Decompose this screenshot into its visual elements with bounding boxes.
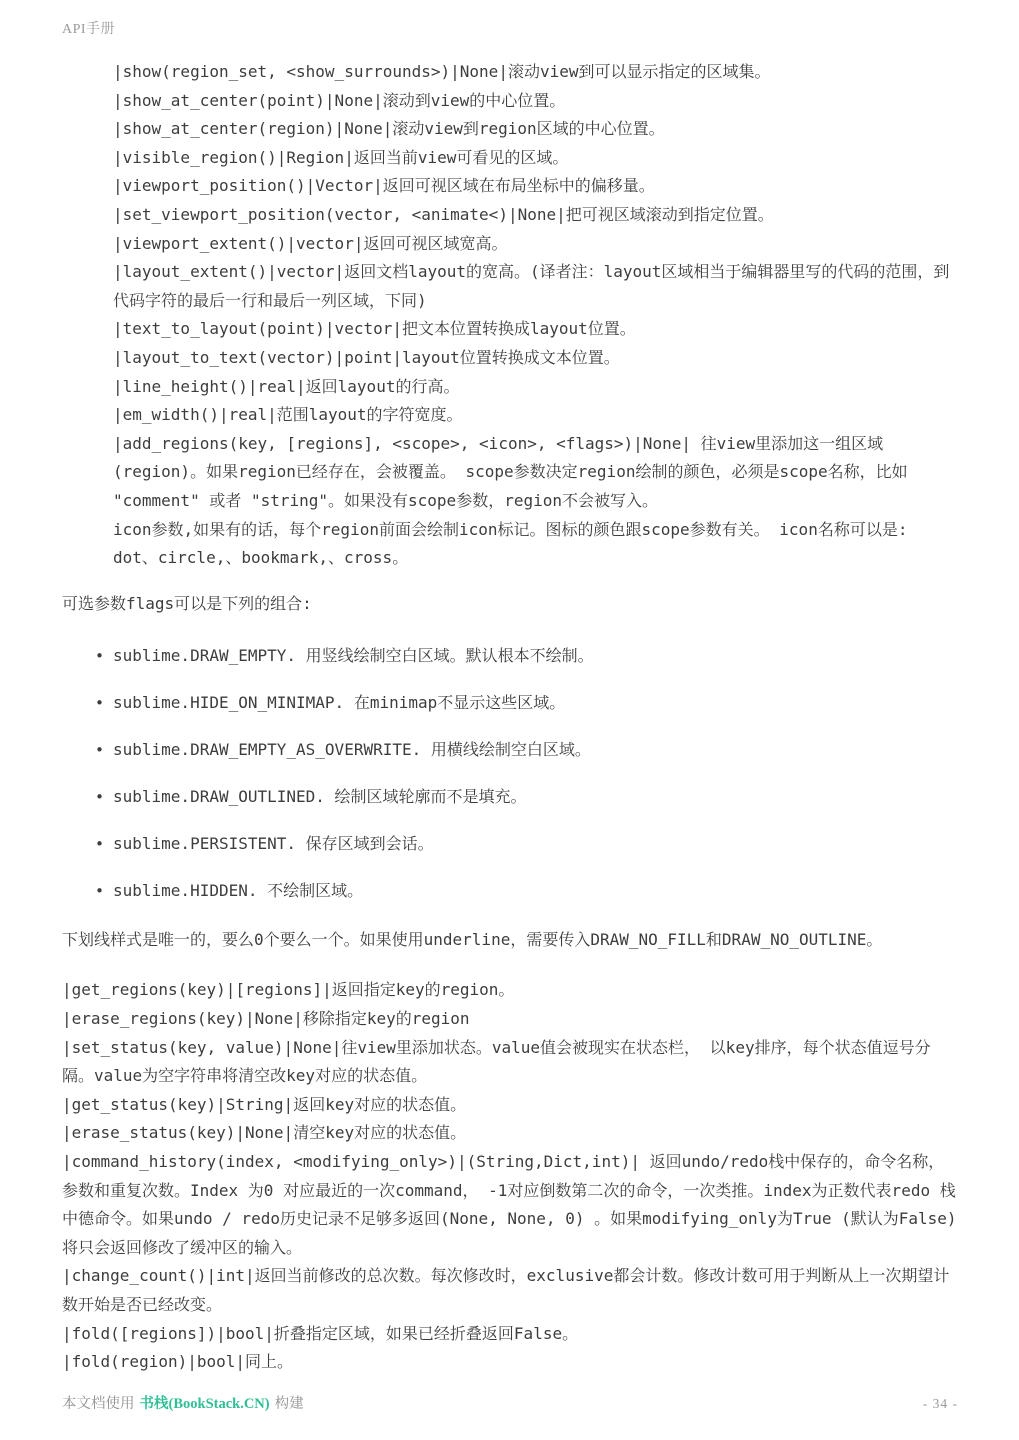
list-item: • sublime.DRAW_EMPTY. 用竖线绘制空白区域。默认根本不绘制。	[62, 642, 958, 671]
footer-suffix-text: 构建	[275, 1396, 304, 1412]
flag-item-text: sublime.DRAW_OUTLINED. 绘制区域轮廓而不是填充。	[113, 787, 527, 806]
method-table-line: |show_at_center(region)|None|滚动view到regi…	[113, 115, 958, 144]
list-item: • sublime.HIDE_ON_MINIMAP. 在minimap不显示这些…	[62, 689, 958, 718]
method-table-line: |visible_region()|Region|返回当前view可看见的区域。	[113, 144, 958, 173]
footer-attribution: 本文档使用书栈(BookStack.CN)构建	[62, 1392, 304, 1413]
method-table-line: |viewport_extent()|vector|返回可视区域宽高。	[113, 230, 958, 259]
method-table-line: |layout_to_text(vector)|point|layout位置转换…	[113, 344, 958, 373]
bullet-icon: •	[95, 783, 104, 812]
method-table-line: |show_at_center(point)|None|滚动到view的中心位置…	[113, 87, 958, 116]
bullet-icon: •	[95, 736, 104, 765]
method-table-line: |change_count()|int|返回当前修改的总次数。每次修改时，exc…	[62, 1262, 958, 1319]
method-table-line: |line_height()|real|返回layout的行高。	[113, 373, 958, 402]
flag-item-text: sublime.DRAW_EMPTY_AS_OVERWRITE. 用横线绘制空白…	[113, 740, 591, 759]
page-content: |show(region_set, <show_surrounds>)|None…	[62, 58, 958, 1377]
footer-prefix-text: 本文档使用	[62, 1396, 135, 1412]
method-table-line: |set_status(key, value)|None|往view里添加状态。…	[62, 1034, 958, 1091]
flag-item-text: sublime.HIDDEN. 不绘制区域。	[113, 881, 363, 900]
bullet-icon: •	[95, 877, 104, 906]
document-page: API手册 |show(region_set, <show_surrounds>…	[0, 0, 1019, 1440]
method-table-line: |add_regions(key, [regions], <scope>, <i…	[113, 430, 958, 516]
page-header-title: API手册	[62, 18, 115, 38]
method-table-line: |fold(region)|bool|同上。	[62, 1348, 958, 1377]
method-table-line: |text_to_layout(point)|vector|把文本位置转换成la…	[113, 315, 958, 344]
method-table-line: |show(region_set, <show_surrounds>)|None…	[113, 58, 958, 87]
list-item: • sublime.HIDDEN. 不绘制区域。	[62, 877, 958, 906]
bullet-icon: •	[95, 830, 104, 859]
flag-item-text: sublime.PERSISTENT. 保存区域到会话。	[113, 834, 434, 853]
list-item: • sublime.DRAW_EMPTY_AS_OVERWRITE. 用横线绘制…	[62, 736, 958, 765]
view-methods-table-1: |show(region_set, <show_surrounds>)|None…	[113, 58, 958, 573]
page-footer: 本文档使用书栈(BookStack.CN)构建 - 34 -	[62, 1392, 958, 1413]
method-table-line: icon参数,如果有的话，每个region前面会绘制icon标记。图标的颜色跟s…	[113, 516, 958, 573]
bookstack-link[interactable]: 书栈(BookStack.CN)	[140, 1396, 270, 1412]
view-methods-table-2: |get_regions(key)|[regions]|返回指定key的regi…	[62, 976, 958, 1376]
method-table-line: |em_width()|real|范围layout的字符宽度。	[113, 401, 958, 430]
method-table-line: |fold([regions])|bool|折叠指定区域，如果已经折叠返回Fal…	[62, 1320, 958, 1349]
flags-list: • sublime.DRAW_EMPTY. 用竖线绘制空白区域。默认根本不绘制。…	[62, 642, 958, 906]
method-table-line: |erase_regions(key)|None|移除指定key的region	[62, 1005, 958, 1034]
page-number: - 34 -	[923, 1396, 958, 1412]
bullet-icon: •	[95, 689, 104, 718]
flag-item-text: sublime.HIDE_ON_MINIMAP. 在minimap不显示这些区域…	[113, 693, 565, 712]
underline-note-paragraph: 下划线样式是唯一的，要么0个要么一个。如果使用underline，需要传入DRA…	[62, 926, 958, 955]
method-table-line: |erase_status(key)|None|清空key对应的状态值。	[62, 1119, 958, 1148]
method-table-line: |get_status(key)|String|返回key对应的状态值。	[62, 1091, 958, 1120]
bullet-icon: •	[95, 642, 104, 671]
list-item: • sublime.PERSISTENT. 保存区域到会话。	[62, 830, 958, 859]
method-table-line: |viewport_position()|Vector|返回可视区域在布局坐标中…	[113, 172, 958, 201]
method-table-line: |layout_extent()|vector|返回文档layout的宽高。(译…	[113, 258, 958, 315]
list-item: • sublime.DRAW_OUTLINED. 绘制区域轮廓而不是填充。	[62, 783, 958, 812]
method-table-line: |set_viewport_position(vector, <animate<…	[113, 201, 958, 230]
method-table-line: |command_history(index, <modifying_only>…	[62, 1148, 958, 1262]
flag-item-text: sublime.DRAW_EMPTY. 用竖线绘制空白区域。默认根本不绘制。	[113, 646, 594, 665]
flags-intro-paragraph: 可选参数flags可以是下列的组合:	[62, 590, 958, 619]
method-table-line: |get_regions(key)|[regions]|返回指定key的regi…	[62, 976, 958, 1005]
